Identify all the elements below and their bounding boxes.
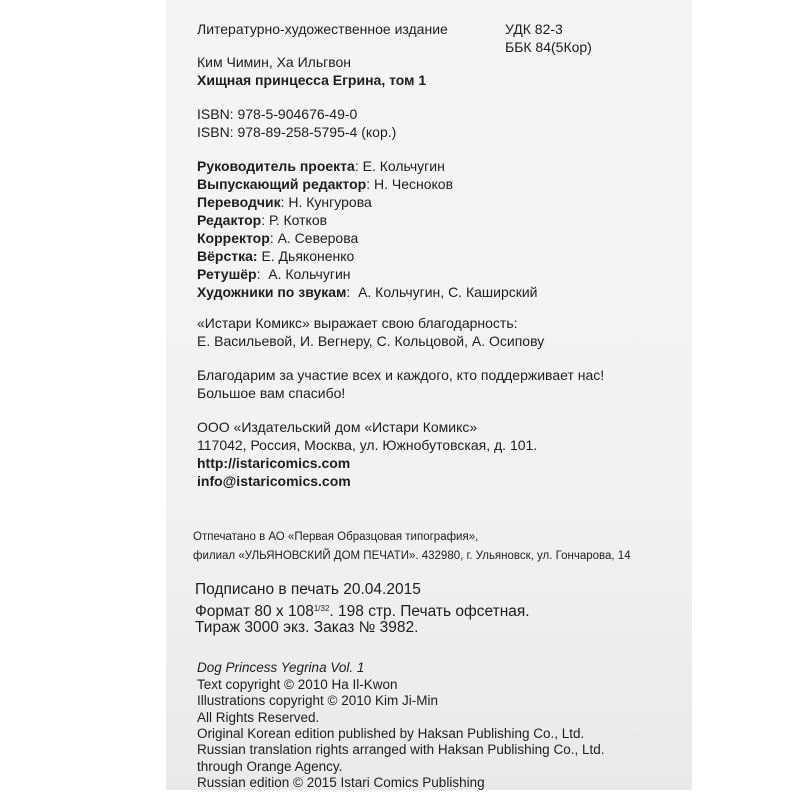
credit-separator: : (270, 230, 278, 246)
credit-row: Переводчик: Н. Кунгурова (197, 194, 372, 211)
credit-role: Вёрстка: (197, 248, 258, 264)
isbn-1: ISBN: 978-5-904676-49-0 (197, 106, 357, 123)
credit-row: Редактор: Р. Котков (197, 212, 327, 229)
publisher-address: 117042, Россия, Москва, ул. Южнобутовска… (197, 437, 537, 454)
print-run: Тираж 3000 экз. Заказ № 3982. (195, 618, 418, 637)
credit-row: Ретушёр: А. Кольчугин (197, 266, 351, 283)
copyright-line: Original Korean edition published by Hak… (197, 726, 584, 742)
signed-date: Подписано в печать 20.04.2015 (195, 580, 421, 599)
edition-type: Литературно-художественное издание (197, 21, 448, 38)
credit-row: Корректор: А. Северова (197, 230, 358, 247)
credit-role: Корректор (197, 230, 270, 246)
credit-separator: : (261, 212, 269, 228)
printing-house: Отпечатано в АО «Первая Образцовая типог… (193, 529, 478, 546)
publisher-website-link[interactable]: http://istaricomics.com (197, 455, 350, 472)
credit-role: Выпускающий редактор (197, 176, 366, 192)
thanks-support: Благодарим за участие всех и каждого, кт… (197, 367, 604, 384)
copyright-line: Text copyright © 2010 Ha Il-Kwon (197, 677, 398, 693)
credit-name: А. Кольчугин, С. Каширский (358, 284, 537, 300)
original-title: Dog Princess Yegrina Vol. 1 (197, 660, 364, 676)
credit-separator: : (355, 158, 363, 174)
credit-role: Руководитель проекта (197, 158, 355, 174)
credit-role: Ретушёр (197, 266, 257, 282)
copyright-line: Russian edition © 2015 Istari Comics Pub… (197, 775, 485, 791)
publisher-email-link[interactable]: info@istaricomics.com (197, 473, 351, 490)
credit-row: Выпускающий редактор: Н. Чесноков (197, 176, 453, 193)
thanks-intro: «Истари Комикс» выражает свою благодарно… (197, 315, 518, 332)
thanks-closing: Большое вам спасибо! (197, 385, 345, 402)
copyright-line: Russian translation rights arranged with… (197, 742, 604, 758)
publisher-name: ООО «Издательский дом «Истари Комикс» (197, 419, 477, 436)
credit-row: Вёрстка: Е. Дьяконенко (197, 248, 354, 265)
credit-role: Переводчик (197, 194, 281, 210)
printing-branch: филиал «УЛЬЯНОВСКИЙ ДОМ ПЕЧАТИ». 432980,… (193, 548, 631, 565)
imprint-page: Литературно-художественное издание УДК 8… (166, 0, 692, 790)
udk-code: УДК 82-3 (505, 21, 563, 38)
credit-separator: : (346, 284, 358, 300)
copyright-line: through Orange Agency. (197, 759, 342, 775)
credit-name: А. Северова (278, 230, 359, 246)
credit-name: Р. Котков (269, 212, 327, 228)
credit-name: А. Кольчугин (268, 266, 350, 282)
credit-row: Руководитель проекта: Е. Кольчугин (197, 158, 445, 175)
authors: Ким Чимин, Ха Ильгвон (197, 54, 351, 71)
credit-name: Е. Дьяконенко (261, 248, 354, 264)
copyright-line: Illustrations copyright © 2010 Kim Ji-Mi… (197, 693, 438, 709)
book-title: Хищная принцесса Егрина, том 1 (197, 72, 426, 89)
credit-role: Художники по звукам (197, 284, 346, 300)
bbk-code: ББК 84(5Кор) (505, 39, 592, 56)
credit-name: Е. Кольчугин (363, 158, 445, 174)
credit-name: Н. Чесноков (374, 176, 453, 192)
thanks-names: Е. Васильевой, И. Вегнеру, С. Кольцовой,… (197, 333, 544, 350)
format-fraction: 1/32 (314, 604, 330, 613)
credit-separator: : (257, 266, 269, 282)
credit-role: Редактор (197, 212, 261, 228)
copyright-line: All Rights Reserved. (197, 710, 319, 726)
credit-row: Художники по звукам: А. Кольчугин, С. Ка… (197, 284, 538, 301)
isbn-2: ISBN: 978-89-258-5795-4 (кор.) (197, 124, 396, 141)
credit-separator: : (366, 176, 374, 192)
credit-name: Н. Кунгурова (288, 194, 371, 210)
